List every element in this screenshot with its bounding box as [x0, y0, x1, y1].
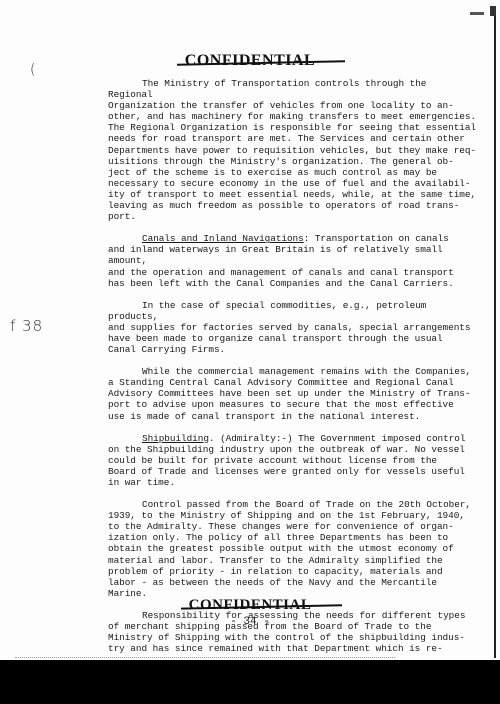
section-heading-shipbuilding: Shipbuilding [142, 433, 209, 444]
scan-smudge [470, 12, 484, 15]
margin-mark-paren: ( [30, 62, 35, 78]
paragraph-advisory-committees: While the commercial management remains … [108, 366, 476, 421]
margin-folio-note: f 38 [10, 317, 43, 335]
document-body: The Ministry of Transportation controls … [108, 78, 476, 665]
page-number: - 34 - [0, 616, 500, 628]
section-heading-canals: Canals and Inland Navigations [142, 233, 304, 244]
paragraph-special-commodities: In the case of special commodities, e.g.… [108, 300, 476, 355]
scan-black-border [0, 660, 500, 704]
paragraph-control-passed: Control passed from the Board of Trade o… [108, 499, 476, 599]
scan-mark [490, 6, 496, 16]
classification-stamp-bottom: CONFIDENTIAL [0, 597, 500, 614]
paragraph-canals: Canals and Inland Navigations: Transport… [108, 233, 476, 288]
paragraph-road-transport: The Ministry of Transportation controls … [108, 78, 476, 222]
document-page: CONFIDENTIAL ( f 38 The Ministry of Tran… [0, 0, 500, 660]
classification-stamp-top: CONFIDENTIAL [0, 52, 500, 70]
scan-edge [494, 8, 496, 658]
paragraph-shipbuilding: Shipbuilding. (Admiralty:-) The Governme… [108, 433, 476, 488]
